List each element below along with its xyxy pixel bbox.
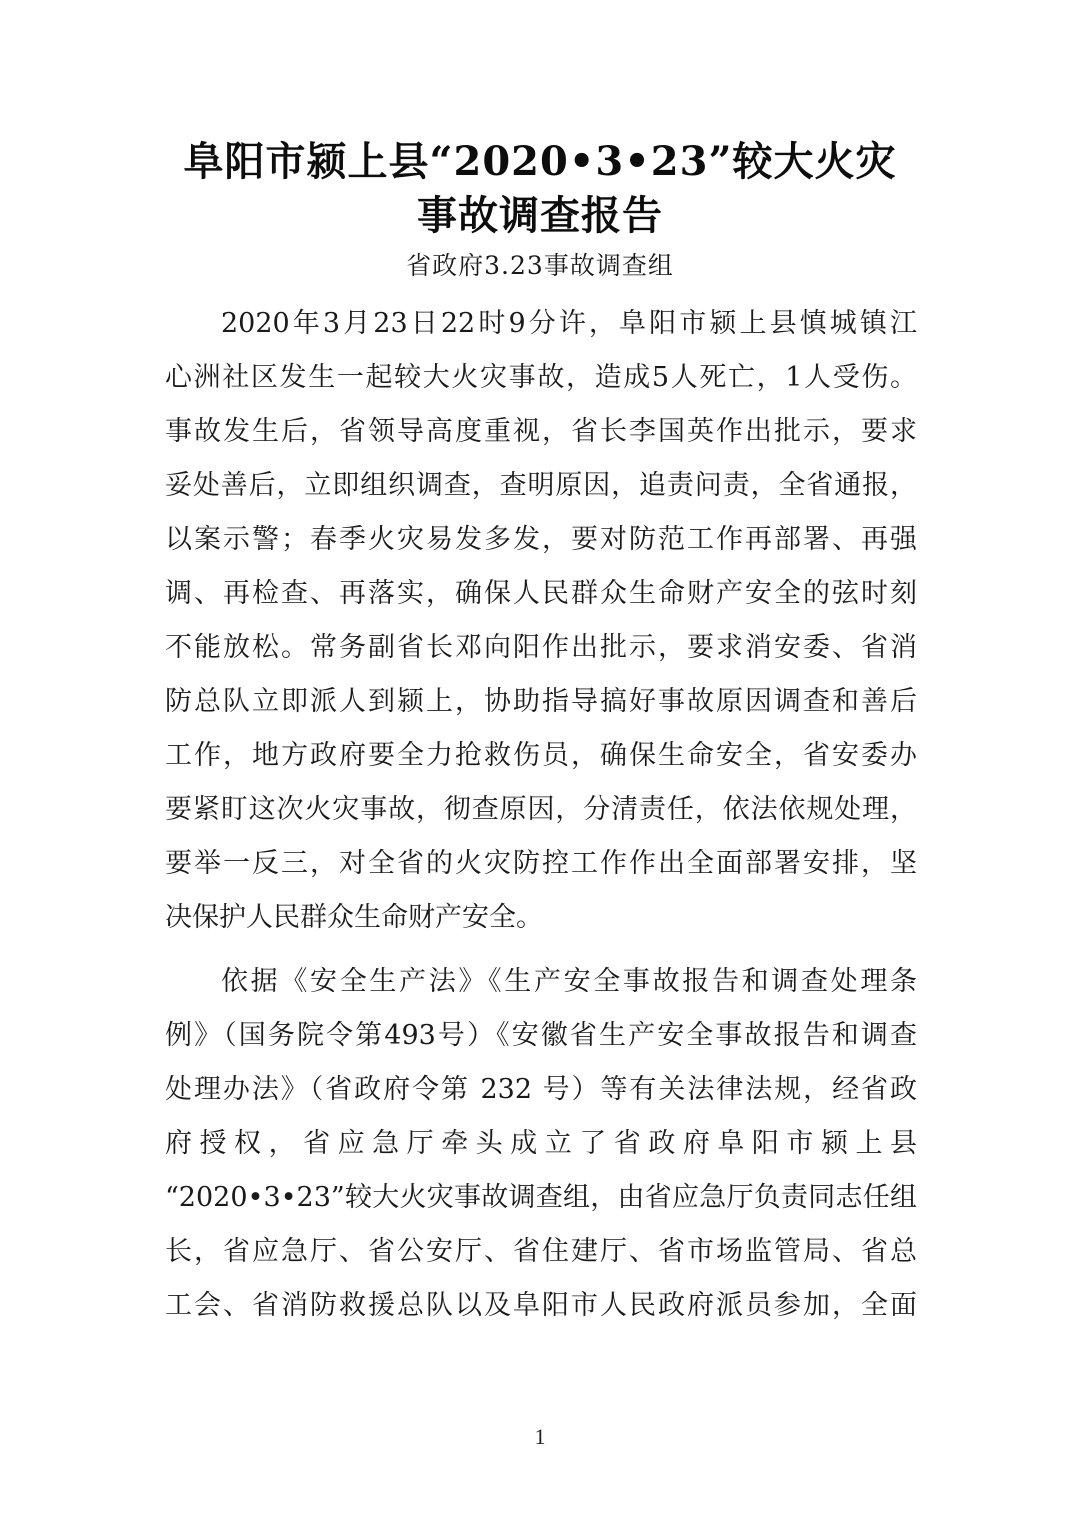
paragraph-line: 府授权，省应急厅牵头成立了省政府阜阳市颍上县 (165, 1126, 917, 1162)
report-title-line-1: 阜阳市颍上县“2020•3•23”较大火灾 (0, 138, 1080, 186)
paragraph-line: 要紧盯这次火灾事故，彻查原因，分清责任，依法依规处理， (165, 792, 917, 828)
paragraph-line: 长，省应急厅、省公安厅、省住建厅、省市场监管局、省总 (165, 1234, 917, 1270)
paragraph-line: 防总队立即派人到颍上，协助指导搞好事故原因调查和善后 (165, 684, 917, 720)
paragraph-line: 处理办法》（省政府令第 232 号）等有关法律法规，经省政 (165, 1072, 917, 1108)
paragraph-line: 决保护人民群众生命财产安全。 (165, 900, 917, 936)
paragraph-line: 例》（国务院令第493号）《安徽省生产安全事故报告和调查 (165, 1018, 917, 1054)
paragraph-line: 妥处善后，立即组织调查，查明原因，追责问责，全省通报， (165, 468, 917, 504)
report-author: 省政府3.23事故调查组 (0, 250, 1080, 282)
paragraph-line: 工会、省消防救援总队以及阜阳市人民政府派员参加，全面 (165, 1288, 917, 1324)
report-title-line-2: 事故调查报告 (0, 192, 1080, 240)
page-number: 1 (0, 1424, 1080, 1450)
paragraph-line: 依据《安全生产法》《生产安全事故报告和调查处理条 (221, 964, 917, 1000)
paragraph-line: 以案示警；春季火灾易发多发，要对防范工作再部署、再强 (165, 522, 917, 558)
paragraph-line: 事故发生后，省领导高度重视，省长李国英作出批示，要求 (165, 414, 917, 450)
document-page: 阜阳市颍上县“2020•3•23”较大火灾 事故调查报告 省政府3.23事故调查… (0, 0, 1080, 1527)
paragraph-line: 工作，地方政府要全力抢救伤员，确保生命安全，省安委办 (165, 738, 917, 774)
paragraph-line: 要举一反三，对全省的火灾防控工作作出全面部署安排，坚 (165, 846, 917, 882)
paragraph-line: 调、再检查、再落实，确保人民群众生命财产安全的弦时刻 (165, 576, 917, 612)
paragraph-line: 心洲社区发生一起较大火灾事故，造成5人死亡，1人受伤。 (165, 360, 917, 396)
paragraph-line: 2020年3月23日22时9分许，阜阳市颍上县慎城镇江 (221, 306, 917, 342)
paragraph-line: “2020•3•23”较大火灾事故调查组，由省应急厅负责同志任组 (165, 1180, 917, 1216)
paragraph-line: 不能放松。常务副省长邓向阳作出批示，要求消安委、省消 (165, 630, 917, 666)
